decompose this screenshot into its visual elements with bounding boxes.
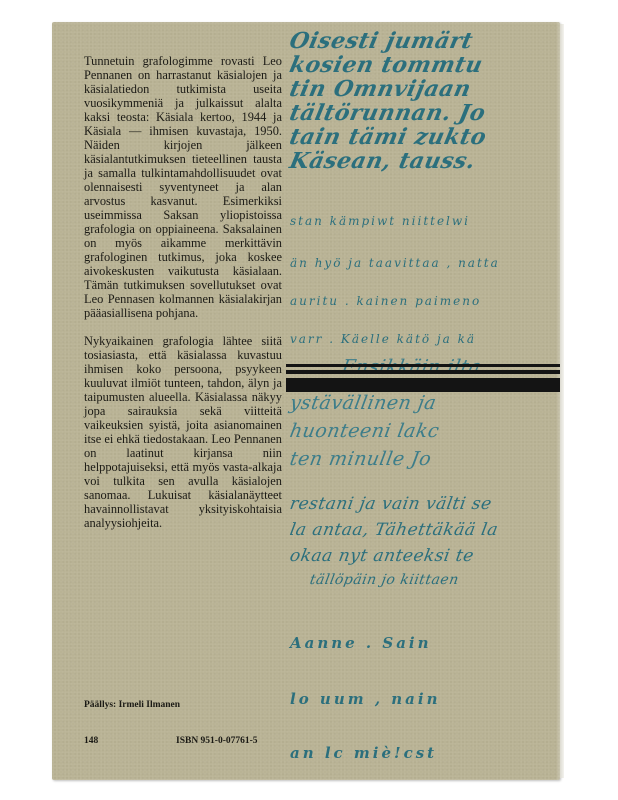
cover-credit: Päällys: Irmeli Ilmanen <box>84 700 180 710</box>
isbn: ISBN 951-0-07761-5 <box>176 736 258 746</box>
handwriting-line: Aanne . Sain <box>290 634 432 652</box>
decorative-stripe-thick <box>286 378 560 392</box>
handwriting-line: tain tämi zukto <box>287 124 489 150</box>
handwriting-panel: Oisesti jumärt kosien tommtu tin Omnvija… <box>282 22 560 780</box>
page-count: 148 <box>84 736 98 746</box>
handwriting-line: Oisesti jumärt <box>287 28 475 54</box>
handwriting-line: varr . Käelle kätö ja kä <box>290 332 476 346</box>
handwriting-line: ystävällinen ja <box>288 392 438 414</box>
blurb-paragraph-2: Nykyaikainen grafologia lähtee siitä tos… <box>84 334 282 530</box>
handwriting-line: tin Omnvijaan <box>287 76 473 102</box>
handwriting-line: an lc miè!cst <box>290 744 437 762</box>
handwriting-line: Käsean, tauss. <box>287 148 478 174</box>
decorative-stripe-thin <box>286 364 560 367</box>
blurb-paragraph-1: Tunnetuin grafologimme rovasti Leo Penna… <box>84 54 282 320</box>
handwriting-line-crossed: Ensikkäin ilta <box>340 356 483 378</box>
handwriting-line: restani ja vain välti se <box>288 494 493 514</box>
handwriting-line: tältörunnan. Jo <box>287 100 488 126</box>
decorative-stripe-medium <box>286 370 560 374</box>
handwriting-line: tällöpäin jo kiittaen <box>309 572 460 588</box>
book-back-cover: Tunnetuin grafologimme rovasti Leo Penna… <box>52 22 560 780</box>
handwriting-line: än hyö ja taavittaa , natta <box>290 256 500 270</box>
handwriting-line: auritu . kainen paimeno <box>290 294 481 308</box>
handwriting-line: lo uum , nain <box>290 690 441 708</box>
handwriting-line: ten minulle Jo <box>288 448 433 470</box>
handwriting-line: stan kämpiwt niittelwi <box>290 214 470 228</box>
blurb-text: Tunnetuin grafologimme rovasti Leo Penna… <box>84 54 282 544</box>
handwriting-line: okaa nyt anteeksi te <box>288 546 475 566</box>
handwriting-line: la antaa, Tähettäkää la <box>288 520 500 540</box>
handwriting-line: kosien tommtu <box>287 52 485 78</box>
handwriting-line: huonteeni lakc <box>288 420 441 442</box>
